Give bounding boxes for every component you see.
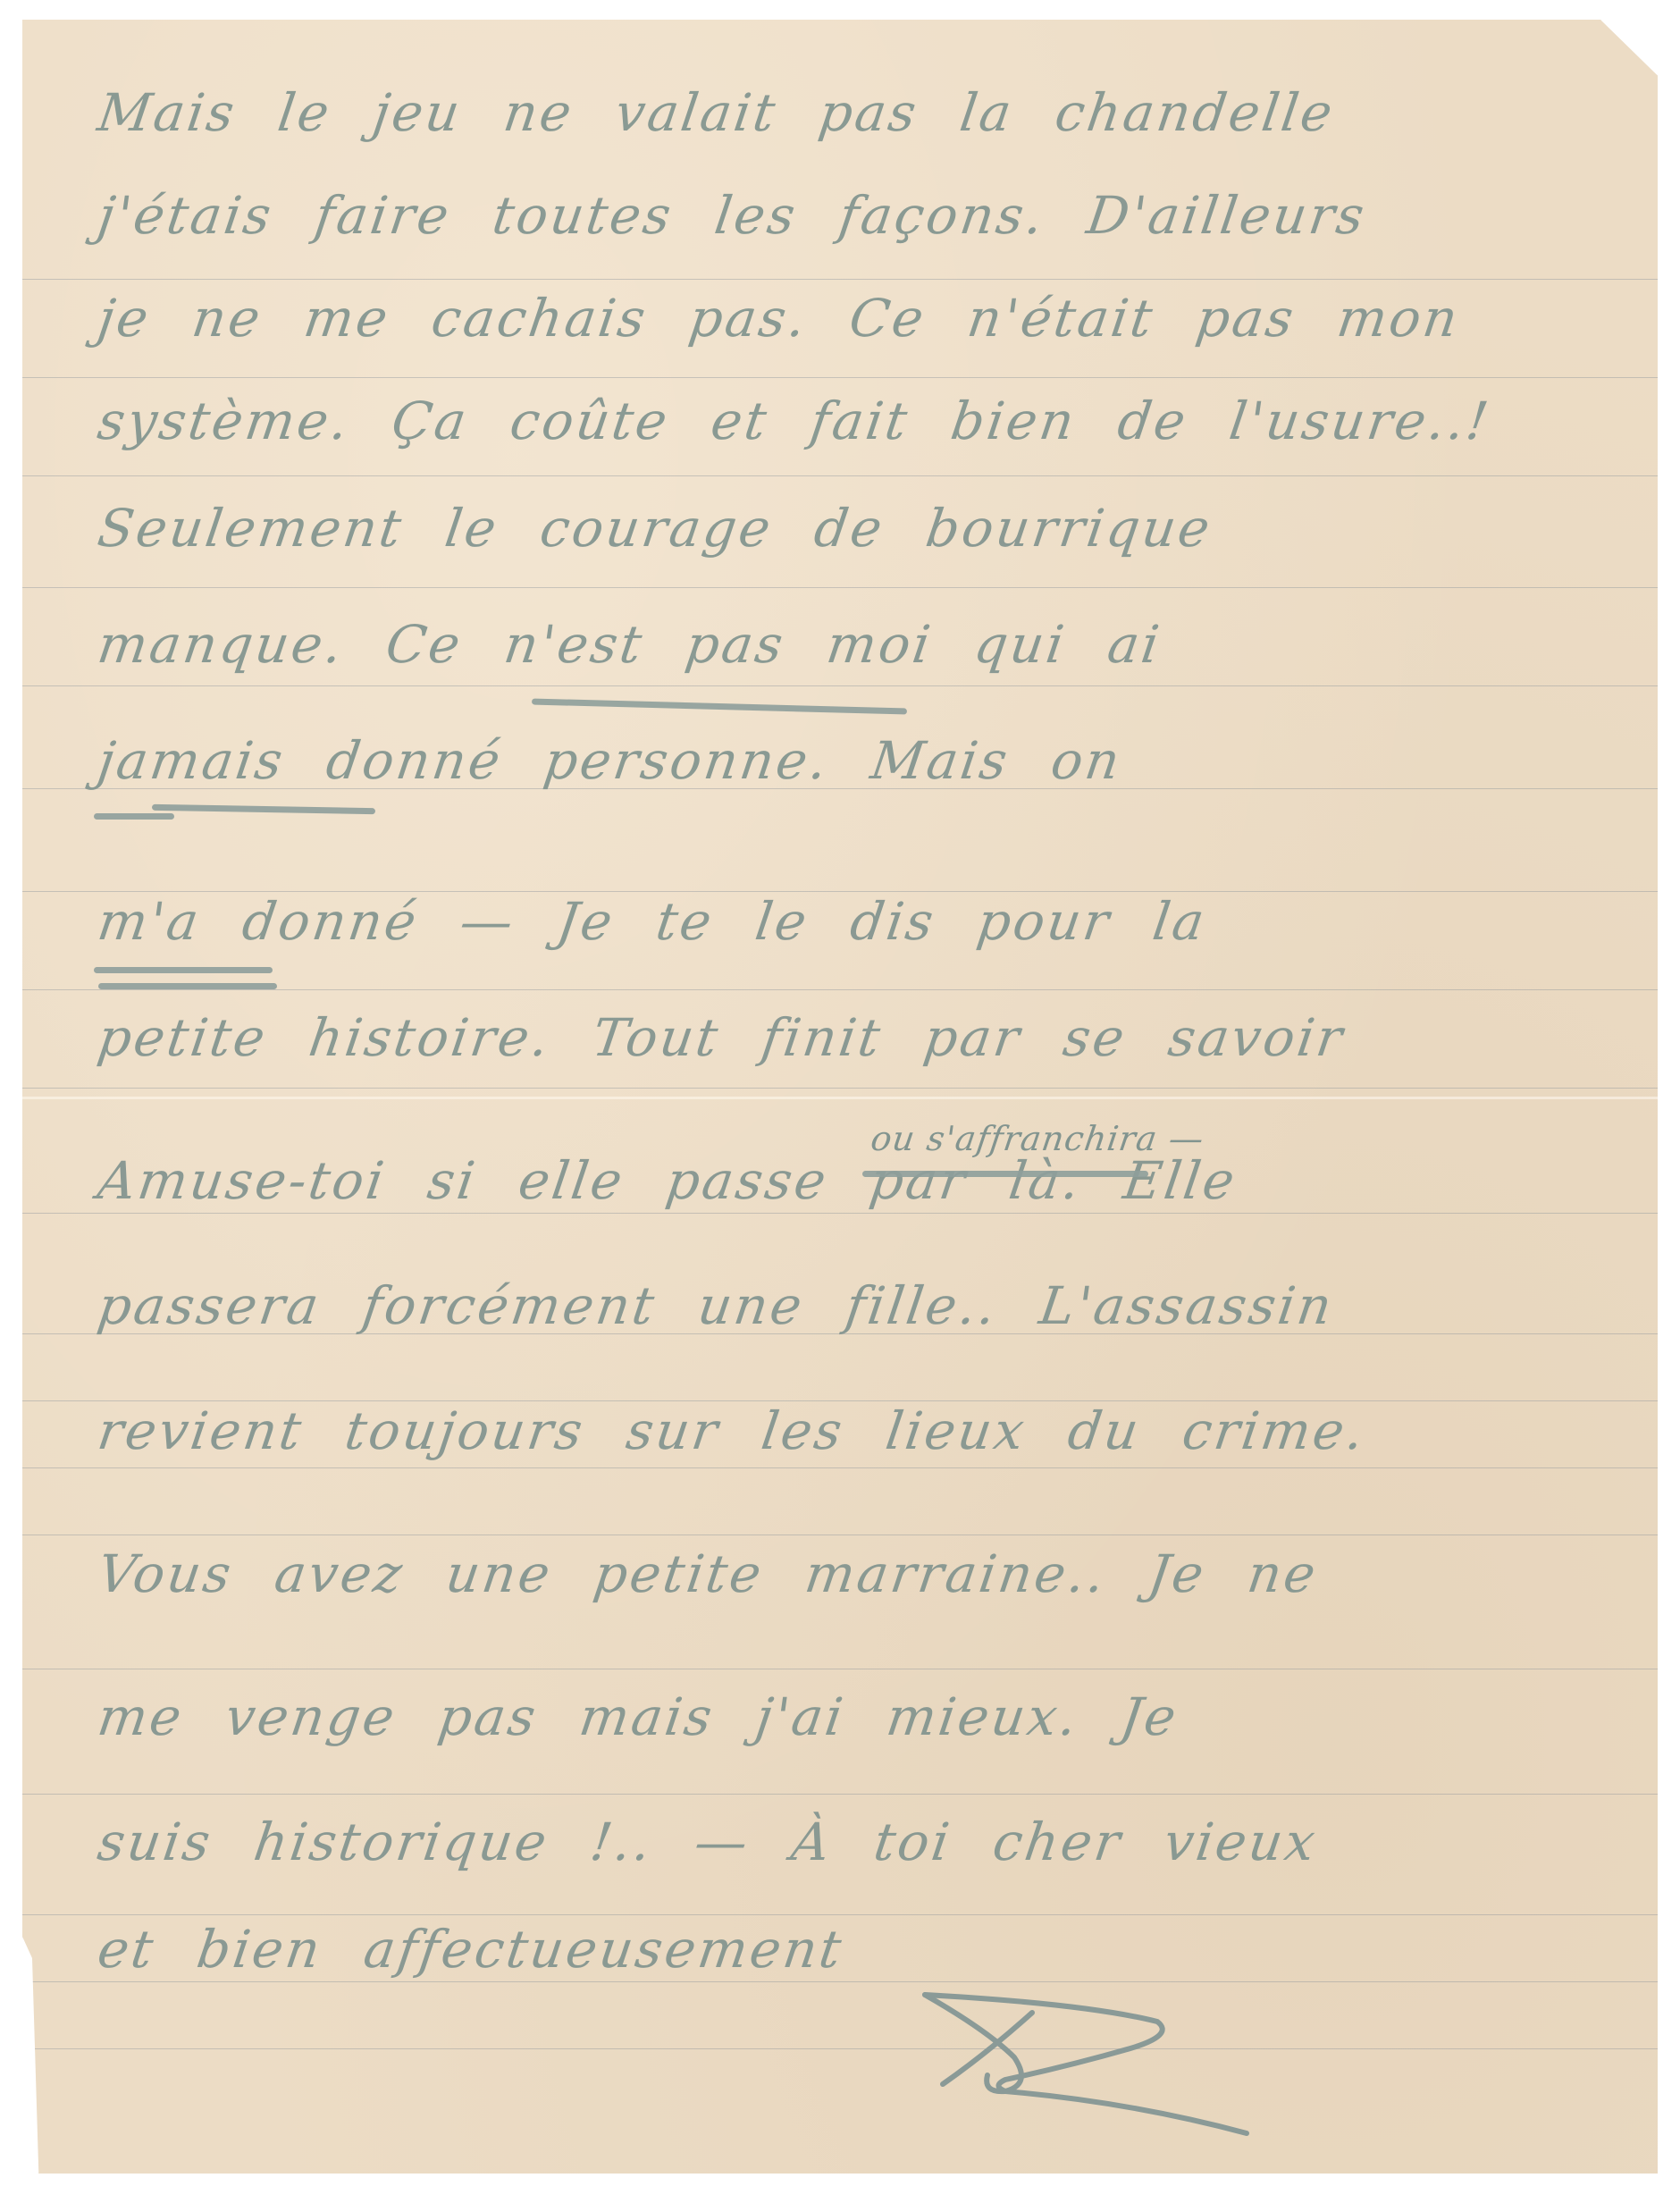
letter-line-8: m'a donné — Je te le dis pour la xyxy=(94,891,1210,952)
letter-line-13: Vous avez une petite marraine.. Je ne xyxy=(94,1543,1322,1604)
letter-line-9: petite histoire. Tout finit par se savoi… xyxy=(94,1007,1348,1068)
ruled-line xyxy=(22,2048,1658,2049)
letter-line-7: jamais donné personne. Mais on xyxy=(94,730,1126,791)
ruled-line xyxy=(22,1794,1658,1795)
letter-line-16: et bien affectueusement xyxy=(94,1919,847,1980)
letter-line-2: j'étais faire toutes les façons. D'aille… xyxy=(94,185,1370,246)
underline-jamais xyxy=(94,813,174,820)
letter-line-1: Mais le jeu ne valait pas la chandelle xyxy=(94,82,1339,143)
letter-line-14: me venge pas mais j'ai mieux. Je xyxy=(94,1686,1182,1747)
letter-line-4: système. Ça coûte et fait bien de l'usur… xyxy=(94,391,1494,451)
underline-ma-donne-2 xyxy=(98,983,277,989)
ruled-line xyxy=(22,1669,1658,1669)
ruled-line xyxy=(22,1213,1658,1214)
underline-ce-nest-pas-moi xyxy=(532,699,907,715)
letter-line-15: suis historique !.. — À toi cher vieux xyxy=(94,1812,1321,1872)
ruled-line xyxy=(22,377,1658,378)
underline-ma-donne-1 xyxy=(94,967,273,973)
ruled-line xyxy=(22,1088,1658,1089)
ruled-line xyxy=(22,1914,1658,1915)
ruled-line xyxy=(22,279,1658,280)
underline-passe-par-la xyxy=(862,1171,1148,1177)
ruled-line xyxy=(22,1981,1658,1982)
underline-donne-personne xyxy=(152,804,375,814)
letter-line-3: je ne me cachais pas. Ce n'était pas mon xyxy=(94,288,1464,349)
paper-fold xyxy=(22,1097,1658,1099)
ruled-line xyxy=(22,989,1658,990)
letter-line-5: Seulement le courage de bourrique xyxy=(94,498,1216,559)
ruled-line xyxy=(22,1535,1658,1535)
letter-line-10: Amuse-toi si elle passe par là. Elle xyxy=(94,1150,1240,1211)
letter-line-6: manque. Ce n'est pas moi qui ai xyxy=(94,614,1165,675)
letter-line-12: revient toujours sur les lieux du crime. xyxy=(94,1400,1370,1461)
signature-monogram xyxy=(907,1986,1282,2138)
ruled-line xyxy=(22,475,1658,476)
ruled-line xyxy=(22,685,1658,686)
ruled-line xyxy=(22,1467,1658,1468)
letter-page: Mais le jeu ne valait pas la chandelle j… xyxy=(22,20,1658,2174)
ruled-line xyxy=(22,587,1658,588)
letter-line-11: passera forcément une fille.. L'assassin xyxy=(94,1275,1338,1336)
inserted-text: ou s'affranchira — xyxy=(869,1119,1206,1158)
